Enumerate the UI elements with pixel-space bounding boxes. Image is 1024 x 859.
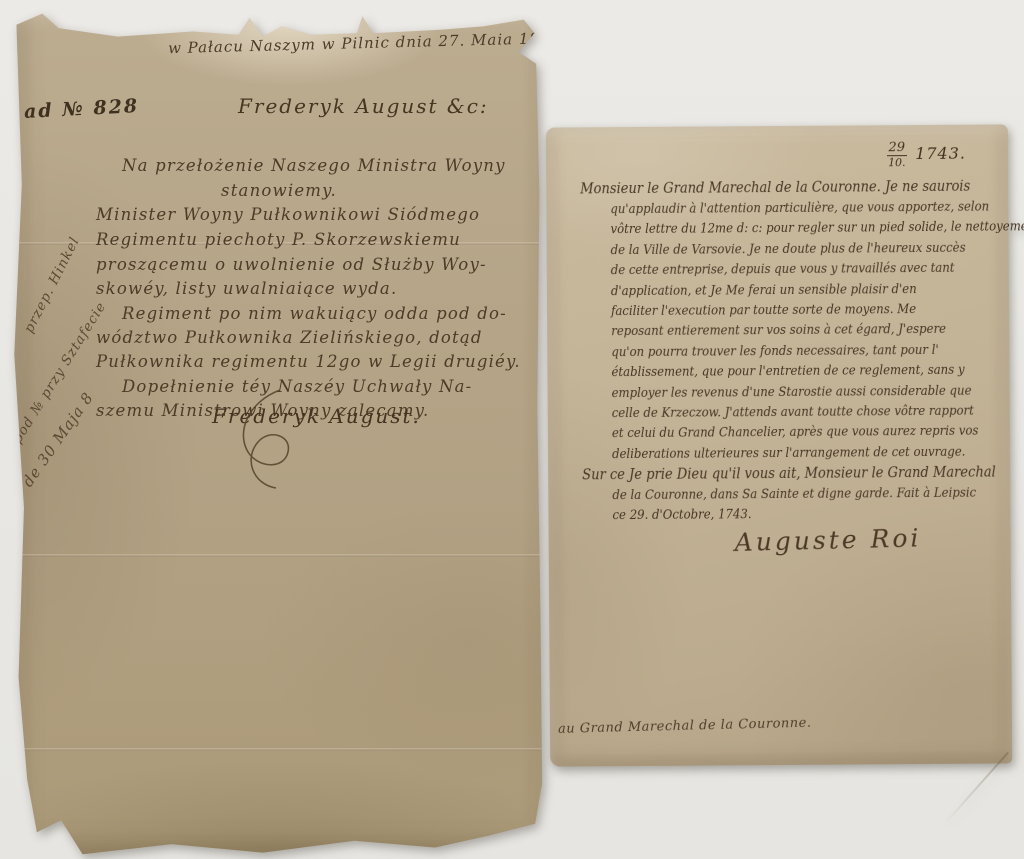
manuscript-line: Regimentu piechoty P. Skorzewskiemu (96, 228, 461, 252)
corner-crease (944, 752, 1009, 825)
right-manuscript: 29 10. 1743. Monsieur le Grand Marechal … (546, 124, 1012, 766)
right-paper-sheet: 29 10. 1743. Monsieur le Grand Marechal … (546, 124, 1012, 766)
manuscript-line: skowéy, listy uwalniaiące wyda. (96, 277, 397, 301)
manuscript-line: Pułkownika regimentu 12go w Legii drugié… (96, 350, 521, 374)
date-year: 1743. (915, 144, 966, 163)
manuscript-line: reposant entierement sur vos soins à cet… (611, 320, 946, 343)
manuscript-line: faciliter l'execution par toutte sorte d… (611, 300, 916, 323)
manuscript-line: de la Couronne, dans Sa Sainte et digne … (612, 484, 976, 507)
manuscript-line: d'application, et Je Me ferai un sensibl… (611, 280, 917, 303)
photo-background: ad № 828 w Pałacu Naszym w Pilnic dnia 2… (0, 0, 1024, 859)
manuscript-line: Sur ce Je prie Dieu qu'il vous ait, Mons… (582, 462, 996, 485)
archival-number: ad № 828 (24, 95, 140, 123)
manuscript-line: établissement, que pour l'entretien de c… (611, 361, 964, 384)
dateline: w Pałacu Naszym w Pilnic dnia 27. Maia 1… (168, 29, 567, 57)
manuscript-line: qu'on pourra trouver les fonds necessair… (611, 341, 938, 364)
margin-note: przep. Hinkel (21, 234, 83, 335)
manuscript-line: Minister Woyny Pułkownikowi Siódmego (96, 203, 480, 227)
left-paper-sheet: ad № 828 w Pałacu Naszym w Pilnic dnia 2… (10, 6, 548, 856)
signature-auguste-roi: Auguste Roi (734, 523, 921, 557)
manuscript-line: vôtre lettre du 12me d: c: pour regler s… (610, 217, 1024, 240)
date-fraction: 29 10. (886, 141, 907, 168)
date-month: 10. (887, 156, 908, 168)
document-heading: Frederyk August &c: (238, 94, 489, 118)
manuscript-line: ce 29. d'Octobre, 1743. (612, 505, 751, 526)
address-docket: au Grand Marechal de la Couronne. (558, 716, 812, 737)
manuscript-line: stanowiemy. (10, 179, 548, 203)
fold-crease (15, 554, 542, 557)
manuscript-line: proszącemu o uwolnienie od Służby Woy- (96, 253, 487, 277)
paraph-flourish (218, 384, 308, 494)
manuscript-line: Regiment po nim wakuiący odda pod do- (122, 302, 507, 326)
manuscript-line: Monsieur le Grand Marechal de la Couronn… (580, 177, 970, 200)
left-manuscript: ad № 828 w Pałacu Naszym w Pilnic dnia 2… (10, 6, 548, 856)
manuscript-line: Na przełożenie Naszego Ministra Woyny (122, 154, 506, 178)
date-day: 29 (886, 141, 907, 156)
letter-date-fraction: 29 10. 1743. (886, 141, 966, 169)
manuscript-line: de cette entreprise, depuis que vous y t… (611, 259, 955, 282)
manuscript-line: et celui du Grand Chancelier, après que … (612, 422, 979, 445)
fold-crease (15, 748, 542, 751)
manuscript-line: wództwo Pułkownika Zielińskiego, dotąd (96, 326, 483, 350)
